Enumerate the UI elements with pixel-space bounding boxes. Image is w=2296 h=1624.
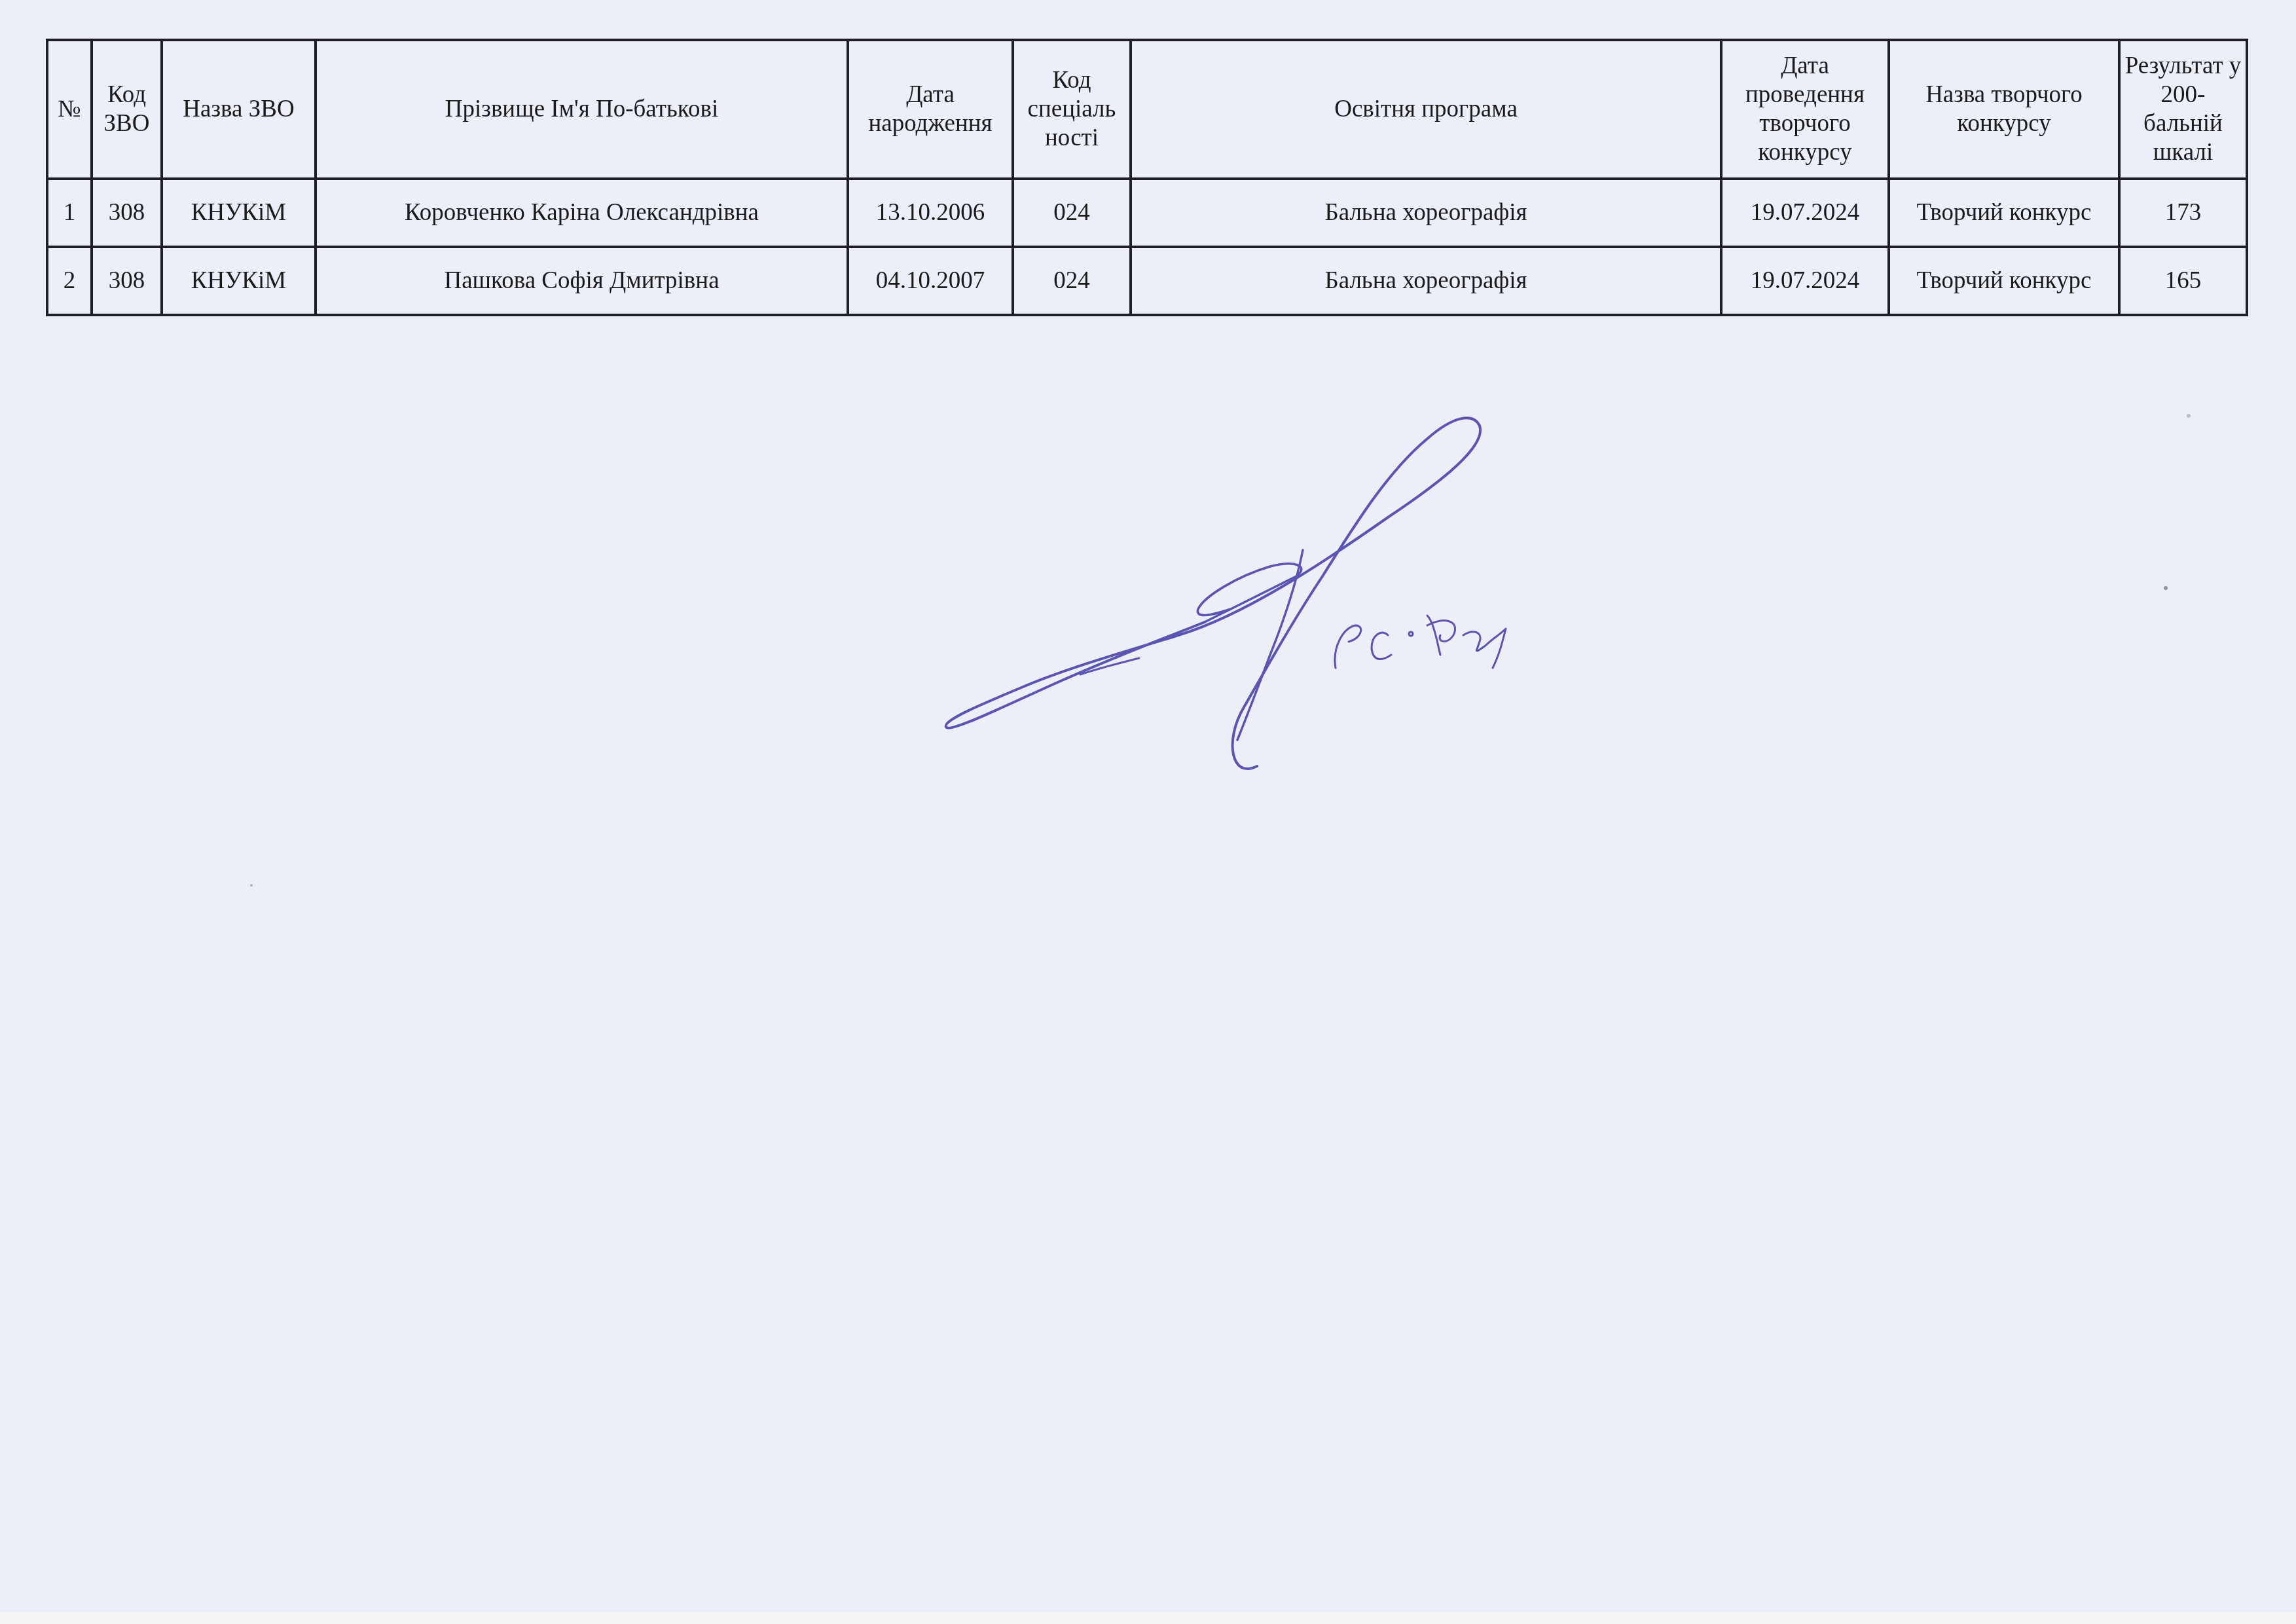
cell-zvo-name: КНУКіМ <box>162 247 316 315</box>
header-num: № <box>47 40 92 179</box>
cell-zvo-name: КНУКіМ <box>162 179 316 247</box>
cell-num: 1 <box>47 179 92 247</box>
page-edge <box>0 1612 2296 1624</box>
header-contest-date: Дата проведення творчого конкурсу <box>1721 40 1889 179</box>
table-row: 2 308 КНУКіМ Пашкова Софія Дмитрівна 04.… <box>47 247 2247 315</box>
cell-full-name: Пашкова Софія Дмитрівна <box>316 247 848 315</box>
header-specialty-code: Код спеціаль ності <box>1013 40 1131 179</box>
handwritten-signature-icon <box>930 399 1755 779</box>
scan-speck <box>2164 586 2168 590</box>
cell-contest-date: 19.07.2024 <box>1721 179 1889 247</box>
cell-score: 165 <box>2119 247 2247 315</box>
cell-score: 173 <box>2119 179 2247 247</box>
cell-birth-date: 13.10.2006 <box>848 179 1013 247</box>
cell-specialty-code: 024 <box>1013 247 1131 315</box>
cell-zvo-code: 308 <box>92 179 162 247</box>
cell-program: Бальна хореографія <box>1131 179 1721 247</box>
header-score: Результат у 200-бальній шкалі <box>2119 40 2247 179</box>
cell-zvo-code: 308 <box>92 247 162 315</box>
results-table: № Код ЗВО Назва ЗВО Прізвище Ім'я По-бат… <box>46 39 2248 316</box>
cell-contest-date: 19.07.2024 <box>1721 247 1889 315</box>
cell-contest-name: Творчий конкурс <box>1889 247 2119 315</box>
scan-speck <box>2187 414 2191 418</box>
header-contest-name: Назва творчого конкурсу <box>1889 40 2119 179</box>
cell-specialty-code: 024 <box>1013 179 1131 247</box>
header-zvo-code: Код ЗВО <box>92 40 162 179</box>
cell-birth-date: 04.10.2007 <box>848 247 1013 315</box>
cell-full-name: Коровченко Каріна Олександрівна <box>316 179 848 247</box>
header-row: № Код ЗВО Назва ЗВО Прізвище Ім'я По-бат… <box>47 40 2247 179</box>
cell-program: Бальна хореографія <box>1131 247 1721 315</box>
cell-contest-name: Творчий конкурс <box>1889 179 2119 247</box>
header-birth-date: Дата народження <box>848 40 1013 179</box>
header-zvo-name: Назва ЗВО <box>162 40 316 179</box>
scan-speck <box>250 884 253 887</box>
header-full-name: Прізвище Ім'я По-батькові <box>316 40 848 179</box>
table-row: 1 308 КНУКіМ Коровченко Каріна Олександр… <box>47 179 2247 247</box>
header-program: Освітня програма <box>1131 40 1721 179</box>
cell-num: 2 <box>47 247 92 315</box>
